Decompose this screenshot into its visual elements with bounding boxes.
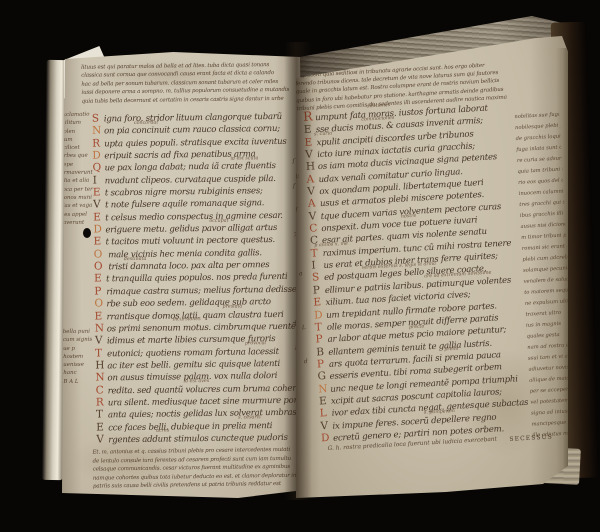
commentary-line: de lentulo consule iura ferentes ad cesa… <box>93 454 304 466</box>
margin-gloss-line: cum signis <box>63 336 95 345</box>
verse-initial: E <box>319 395 332 408</box>
margin-gloss-line: bella puni <box>63 328 95 337</box>
verse-text: esseris eventu. tibi roma subegerit orbe… <box>329 362 502 382</box>
verse-initial: D <box>92 149 104 162</box>
interlinear-gloss: presidia <box>222 301 242 314</box>
interlinear-gloss: id est aves <box>183 376 209 389</box>
right-verse-block: dilationesRumpunt fata moras. iustos for… <box>303 98 531 442</box>
margin-gloss-line: nam ad rostra ecce <box>527 340 568 353</box>
verse-initial: S <box>312 271 325 284</box>
verse-text: t note fulsere aquile romanaque signa. <box>105 199 264 211</box>
interlinear-gloss: s. cesaris <box>238 412 261 425</box>
commentary-line: quibus in foro ubi habebatur pro station… <box>296 83 546 105</box>
right-page-content: li. gracchi quia seditiosi in tribunatu … <box>296 36 568 498</box>
verse-line: Decretũ genero e; partiri non potes orbe… <box>321 419 531 443</box>
margin-gloss-line: ssui tam et vi arma <box>528 351 568 364</box>
verse-line: Victo iure minax iactatis curia gracchis… <box>305 135 515 159</box>
commentary-line: quale in gracchis latum est. Rostra colu… <box>296 75 546 97</box>
margin-gloss-line: das et vaga <box>62 202 93 211</box>
verse-initial: R <box>92 137 104 150</box>
verse-line: dilationesRumpunt fata moras. iustos for… <box>303 98 513 122</box>
verse-text: t tranquilla quies populos. nos preda fu… <box>106 272 287 285</box>
verse-initial: P <box>315 333 328 346</box>
margin-gloss-line: inuocem calumnia quia <box>518 186 564 199</box>
interlinear-gloss: verbis externis s. legis vi arma <box>361 259 436 275</box>
margin-gloss-line: tium scilicet <box>62 135 92 152</box>
left-margin-gloss-upper: exclamatiomilitum dolentium sciliceturbe… <box>62 111 93 228</box>
commentary-line: patriis suis causa belli civilis pretend… <box>93 480 304 492</box>
verse-text: t scabros nigre morsu rubiginis enses; <box>105 186 263 198</box>
verse-text: ars quota terrarum. facili si premia pau… <box>329 350 501 370</box>
verse-line: O male vicinis hec menia condita gallis. <box>94 243 302 258</box>
verse-text: unc neque te longi remeantẽ pompa triump… <box>330 374 518 394</box>
margin-gloss-line: to maiorem sequi agmi <box>524 285 568 298</box>
interlinear-gloss: s. curia <box>314 128 333 141</box>
margin-gloss-line: urbes que sepe <box>62 152 93 169</box>
verse-text: tristi damnata loco. pax alta per omnes <box>106 260 270 272</box>
verse-line: Nunc neque te longi remeantẽ pompa trium… <box>318 369 528 393</box>
verse-initial: I <box>93 174 105 187</box>
verse-initial: D <box>314 308 327 321</box>
verse-line: Bellantem geminis tenuit te gallia lustr… <box>316 332 526 356</box>
verse-line: Deripuit sacris ad fixa penatibus arma <box>92 145 300 160</box>
margin-gloss-line: loca per ter <box>62 185 93 194</box>
interlinear-gloss: precio <box>409 321 425 334</box>
verse-text: idimus et marte libies cursumque furoris <box>107 334 276 346</box>
commentary-line: hac ad bella per sonum tubarum. classicu… <box>81 78 297 89</box>
interlinear-gloss: nostre <box>401 210 417 223</box>
margin-gloss-line: exclamatio <box>62 111 92 120</box>
verse-line: Rura silent. mediusque tacet sine murmur… <box>96 392 304 407</box>
margin-gloss-line: solamque pecunie <box>523 263 568 276</box>
verse-text: os iam mota ducis vicinaque signa petent… <box>318 153 498 173</box>
verse-text: xpulit ancipiti discordes urbe tribunos <box>316 129 473 148</box>
verse-line: Primaque castra sumus; melius fortuna de… <box>94 280 302 295</box>
verse-initial: N <box>92 125 104 138</box>
verse-initial: Q <box>92 162 104 175</box>
interlinear-gloss: prelia <box>444 344 459 357</box>
verse-text: raximus imperium. tunc cũ mihi rostra te… <box>323 238 512 259</box>
verse-line: s. cesarisEcce faces belli. dubieque in … <box>96 416 304 431</box>
verse-line: Ius erat et dubios inter trans ferre qui… <box>311 246 521 270</box>
manuscript-photo: lituus est qui paratur malos ad bella et… <box>0 0 600 532</box>
verse-initial: E <box>95 310 107 323</box>
margin-gloss-line: alia et alia <box>62 177 93 186</box>
verse-text: os primi senonum motus. cimbrumque ruent… <box>107 322 296 335</box>
margin-gloss-line: nobilesque plebi fugam <box>515 121 561 134</box>
verse-initial: E <box>93 211 105 224</box>
verse-text: ura silent. mediusque tacet sine murmure… <box>108 395 304 408</box>
verse-initial: C <box>96 384 108 397</box>
margin-gloss-line: aliique de maiore <box>529 373 568 386</box>
secessus-note: SECESSUS <box>509 433 553 442</box>
verse-line: Vtque ducem varias volventem pectore cur… <box>308 197 518 221</box>
verse-line: Audax venali comitatur curio lingua. <box>306 160 516 184</box>
interlinear-gloss: commociones <box>361 113 395 127</box>
margin-gloss-line: mancipesque pro <box>531 417 568 430</box>
margin-gloss-line: militum dolen <box>62 119 92 136</box>
verse-initial: O <box>94 298 106 311</box>
margin-gloss-line: romani sic erant dum spe <box>522 241 568 254</box>
interlinear-gloss: dilationes <box>366 100 390 114</box>
verse-line: presidiaErrantisque domos latii. quam cl… <box>95 305 303 320</box>
margin-gloss-line: laverunt <box>62 218 93 227</box>
verse-initial: T <box>95 347 107 360</box>
verse-line: Tanta quies; noctis gelidas lux solverat… <box>96 404 304 419</box>
interlinear-gloss: incursiones <box>173 314 201 327</box>
verse-text: eripuit sacris ad fixa penatibus arma <box>104 149 255 161</box>
margin-gloss-line: uenisse hanc <box>63 361 95 378</box>
interlinear-gloss: p annos x. me <box>314 239 348 253</box>
margin-gloss-line: ille adiutus maiore <box>532 428 568 441</box>
verse-initial: O <box>94 248 106 261</box>
verse-initial: P <box>312 284 325 297</box>
verse-text: eriguere metu. gelidus pavor alligat art… <box>105 223 277 235</box>
verse-line: Hos iam mota ducis vicinaque signa peten… <box>305 147 515 171</box>
verse-line: occupatDeriguere metu. gelidus pavor all… <box>93 219 301 234</box>
interlinear-gloss: concordat <box>134 117 159 130</box>
commentary-line: celsaque communicandis. cesar victuros f… <box>93 463 304 475</box>
interlinear-gloss: acres <box>156 426 169 439</box>
margin-gloss-line: quales gesta <box>526 329 568 342</box>
verse-line: Livor edax tibi cuncta negat. gentesque … <box>319 394 529 418</box>
verse-line: provocatTeutonici; quotiens romam fortun… <box>95 342 303 357</box>
verse-text: on pia concinuit cum rauco classica corn… <box>104 124 280 136</box>
verse-line: Hac iter est belli. gemitu sic quisque l… <box>95 355 303 370</box>
fore-edge <box>556 48 568 488</box>
verse-line: nostreConspexit. dum voce tue potuere iu… <box>309 209 519 233</box>
verse-line: Excipit aut sacras poscunt capitolia lau… <box>319 382 529 406</box>
verse-text: ivor edax tibi cuncta negat. gentesque s… <box>331 398 528 419</box>
margin-gloss-line: ves appel <box>62 210 93 219</box>
margin-gloss-line: ne expulsum ubi sibi <box>525 296 568 309</box>
verse-line: verbis externis s. legis vi armaSed post… <box>312 258 522 282</box>
margin-gloss-line: tres gracchi qui sunt <box>519 197 565 210</box>
verse-line: Et tranquilla quies populos. nos preda f… <box>94 268 302 283</box>
verse-text: ecretũ genero e; partiri non potes orbem… <box>333 424 504 444</box>
verse-line: Tolle moras. semper nocuit differre para… <box>314 308 524 332</box>
verse-text: upta quies populi. stratisque excita iuv… <box>104 137 286 150</box>
interlinear-gloss: are ad extremum novissime <box>424 268 492 284</box>
verse-initial: O <box>94 261 106 274</box>
margin-gloss-line: m timor tribuni per <box>521 230 567 243</box>
verse-text: ellantem geminis tenuit te gallia lustri… <box>328 338 492 357</box>
verse-line: id est scutaQue pax longa dabat; nuda iã… <box>92 157 300 172</box>
interlinear-gloss: s. pompeium <box>424 406 456 420</box>
verse-text: ox quondam populi. libertatemque tueri <box>319 178 484 197</box>
right-page: li. gracchi quia seditiosi in tribunatu … <box>296 36 568 498</box>
verse-text: anta quies; noctis gelidas lux solverat … <box>108 408 297 421</box>
left-page: lituus est qui paratur malos ad bella et… <box>62 52 304 498</box>
margin-gloss-line: traxerat ultro <box>525 307 568 320</box>
verse-initial: P <box>94 285 106 298</box>
verse-initial: I <box>311 259 324 272</box>
verse-text: t celsus medio conspectus in agmine cesa… <box>105 211 283 223</box>
margin-gloss-line: re curia se adsurgentia <box>517 154 563 167</box>
verse-initial: E <box>94 236 106 249</box>
ink-spot <box>83 228 91 238</box>
verse-text: esar ait partes. quam vis nolente senatu <box>322 227 487 246</box>
verse-text: t tacitos muti voluunt in pectore questu… <box>106 235 276 247</box>
verse-initial: V <box>95 335 107 348</box>
verse-line: Vt note fulsere aquile romanaque signa. <box>93 194 301 209</box>
verse-initial: V <box>320 419 333 432</box>
margin-gloss-line: armaverunt <box>62 169 93 178</box>
margin-gloss-line: adiuvetur novissime <box>528 362 568 375</box>
verse-initial: E <box>93 186 105 199</box>
margin-gloss-line: quia tam tribuni impe <box>517 165 563 178</box>
verse-initial: D <box>321 432 334 445</box>
verse-initial: E <box>94 273 106 286</box>
verse-text: eutonici; quotiens romam fortuna lacessi… <box>107 347 279 359</box>
commentary-line: tribuni plebis cum comitiis diu sedentes… <box>296 91 546 113</box>
verse-line: acresVrgentes addunt stimulos cuncteque … <box>96 429 304 444</box>
verse-line: s. curiaExpulit ancipiti discordes urbe … <box>304 123 514 147</box>
verse-text: onspexit. dum voce tue potuere iuvari <box>321 215 477 234</box>
verse-line: Rupta quies populi. stratisque excita iu… <box>92 132 300 147</box>
verse-text: usus et armatos plebi miscere potentes. <box>320 190 485 209</box>
verse-line: preliaPars quota terrarum. facili si pre… <box>317 345 527 369</box>
margin-gloss-line: sonos muni <box>62 194 93 203</box>
verse-text: umpunt fata moras. iustos fortuna labora… <box>315 104 488 124</box>
commentary-line: namque cohortes quibus tota iubetur dedu… <box>93 471 304 483</box>
verse-line: Cesar ait partes. quam vis nolente senat… <box>310 221 520 245</box>
commentary-line: Et. m. antonius et q. cassius tribuni pl… <box>92 446 304 458</box>
verse-line: Dum trepidant nullo firmate robore parte… <box>314 295 524 319</box>
verse-text: olle moras. semper nocuit differre parat… <box>327 313 499 333</box>
left-page-content: lituus est qui paratur malos ad bella et… <box>62 52 304 498</box>
margin-gloss-line: ibus gracchis illi qui iam <box>520 208 566 221</box>
verse-initial: D <box>93 223 105 236</box>
margin-gloss-line: ausus nisi dicione su <box>520 219 566 232</box>
parchment-stain <box>460 348 550 458</box>
right-margin-gloss: nobilitas sue fugaciusnobilesque plebi f… <box>514 110 568 442</box>
verse-line: Exilium. tua nos faciet victoria cives; <box>313 283 523 307</box>
verse-initial: T <box>310 247 323 260</box>
verse-initial: H <box>95 359 107 372</box>
verse-line: are ad extremum novissimePellimur e patr… <box>312 271 522 295</box>
verse-text: tque ducem varias volventem pectore cura… <box>320 202 501 222</box>
verse-line: Vox quondam populi. libertatemque tueri <box>307 172 517 196</box>
margin-gloss-line: vel potestatem nobis <box>530 395 568 408</box>
verse-text: xilium. tua nos faciet victoria cives; <box>325 290 470 308</box>
verse-initial: R <box>96 396 108 409</box>
verse-line: Vidimus et marte libies cursumque furori… <box>95 330 303 345</box>
interlinear-gloss: id est scuta <box>230 153 258 166</box>
margin-gloss-line: fuga inlata sunt certa <box>516 143 562 156</box>
verse-initial: N <box>95 322 107 335</box>
verse-text: nvadunt clipeos. curvataque cuspide pila… <box>105 174 276 186</box>
verse-initial: E <box>96 421 108 434</box>
verse-text: cce faces belli. dubieque in prelia ment… <box>108 421 272 433</box>
right-bottom-gloss: G. h. rostra predicalia loca fuerunt ubi… <box>328 437 498 452</box>
verse-text: sse ducis motus. & causas invenit armis; <box>316 116 484 135</box>
verse-text: rimaque castra sumus; melius fortuna ded… <box>106 284 301 297</box>
margin-gloss-line: nobilitas sue fugacius <box>514 110 560 123</box>
commentary-line: quia tubis bella decernunt et certatim i… <box>82 94 298 105</box>
verse-text: ac iter est belli. gemitu sic quisque la… <box>107 359 280 371</box>
verse-initial: T <box>96 409 108 422</box>
interlinear-gloss: destinata <box>124 253 147 266</box>
margin-gloss-line: ius in magnis <box>526 318 568 331</box>
verse-initial: B <box>316 345 329 358</box>
verse-text: ar labor atque metus pcio maiore petuntu… <box>327 325 506 345</box>
verse-text: redita. sed quantũ volucres cum bruma co… <box>108 383 304 396</box>
margin-gloss-line: B A L <box>63 377 95 386</box>
verse-line: s. pompeiumVix impune feres. socerũ depe… <box>320 406 530 430</box>
verse-text: male vicinis hec menia condita gallis. <box>106 248 262 260</box>
verse-text: icto iure minax iactatis curia gracchis; <box>317 141 475 160</box>
verse-text: ellimur e patriis laribus. patimurque vo… <box>325 275 512 295</box>
margin-gloss-line: per se acceperunt <box>530 384 568 397</box>
verse-text: igna foro. stridor lituum clangorque tub… <box>104 112 282 124</box>
verse-line: Gesseris eventu. tibi roma subegerit orb… <box>317 357 527 381</box>
verse-line: Non ausus timuisse palam. vox nulla dolo… <box>95 367 303 382</box>
verse-line: Et tacitos muti voluunt in pectore quest… <box>93 231 301 246</box>
margin-gloss-line: rio eos quos del condam <box>518 176 564 189</box>
verse-text: ix impune feres. socerũ depellere regno <box>332 412 496 431</box>
verse-line: commocionesEsse ducis motus. & causas in… <box>303 111 513 135</box>
left-top-commentary: lituus est qui paratur malos ad bella et… <box>81 61 298 106</box>
verse-initial: E <box>313 296 326 309</box>
verse-initial: N <box>318 382 331 395</box>
verse-line: id est avesCredita. sed quantũ volucres … <box>96 379 304 394</box>
verse-initial: G <box>317 370 330 383</box>
verse-text: rgentes addunt stimulos cuncteque pudori… <box>108 433 288 446</box>
verse-initial: N <box>95 372 107 385</box>
verse-text: rbe sub eoo sedem. gelidaque sub arcto <box>106 297 271 309</box>
verse-line: precioPar labor atque metus pcio maiore … <box>315 320 525 344</box>
verse-text: um trepidant nullo firmate robore partes… <box>326 301 497 321</box>
left-margin-gloss-lower: bella punicum signisue p hostemuenisse h… <box>63 328 96 387</box>
margin-gloss-line: plebi cum adcrebuit <box>522 252 568 265</box>
commentary-line: classica sunt cornua que convocandi caus… <box>81 69 297 80</box>
verse-line: Signa foro. stridor lituum clangorque tu… <box>92 108 300 123</box>
verse-initial: V <box>96 433 108 446</box>
verse-line: concordatNon pia concinuit cum rauco cla… <box>92 120 300 135</box>
margin-gloss-line: de gracchis loquitur vult <box>515 132 561 145</box>
verse-text: rrantisque domos latii. quam claustra tu… <box>107 309 284 321</box>
commentary-line: lituus est qui paratur malos ad bella et… <box>81 61 297 72</box>
verse-text: ue pax longa dabat; nuda iã crate fluent… <box>104 161 275 173</box>
margin-gloss-line: venalem de salua fac <box>523 274 568 287</box>
verse-line: Ausus et armatos plebi miscere potentes. <box>308 184 518 208</box>
verse-text: ed postquam leges bello siluere coacte, <box>324 264 487 283</box>
verse-line: Et celsus medio conspectus in agmine ces… <box>93 206 301 221</box>
verse-line: destinataO tristi damnata loco. pax alta… <box>94 256 302 271</box>
verse-initial: T <box>315 321 328 334</box>
commentary-line: iussi deponere arma a sompno. m. tullius… <box>81 86 297 97</box>
verse-initial: L <box>319 407 332 420</box>
verse-initial: P <box>317 358 330 371</box>
gutter-shadow <box>284 42 312 500</box>
verse-initial: S <box>92 112 104 125</box>
verse-line: Et scabros nigre morsu rubiginis enses; <box>93 182 301 197</box>
verse-initial: V <box>93 199 105 212</box>
parchment-stain <box>72 430 192 490</box>
left-bottom-commentary: Et. m. antonius et q. cassius tribuni pl… <box>92 446 304 492</box>
left-verse-block: Signa foro. stridor lituum clangorque tu… <box>92 108 304 444</box>
verse-line: Invadunt clipeos. curvataque cuspide pil… <box>93 169 301 184</box>
verse-line: incursionesNos primi senonum motus. cimb… <box>95 317 303 332</box>
parchment-stain <box>92 58 242 92</box>
interlinear-gloss: provocat <box>245 338 266 351</box>
verse-line: p annos x. meTraximus imperium. tunc cũ … <box>310 234 520 258</box>
verse-text: us erat et dubios inter trans ferre quir… <box>323 251 498 271</box>
verse-text: udax venali comitatur curio lingua. <box>318 167 462 185</box>
verse-text: on ausus timuisse palam. vox nulla dolor… <box>107 371 277 383</box>
verse-text: xcipit aut sacras poscunt capitolia laur… <box>331 387 502 407</box>
verse-line: Orbe sub eoo sedem. gelidaque sub arcto <box>94 293 302 308</box>
margin-gloss-line: ue p hostem <box>63 344 95 361</box>
interlinear-gloss: occupat <box>209 215 228 228</box>
margin-gloss-line: signa ad iniusta <box>531 406 568 419</box>
